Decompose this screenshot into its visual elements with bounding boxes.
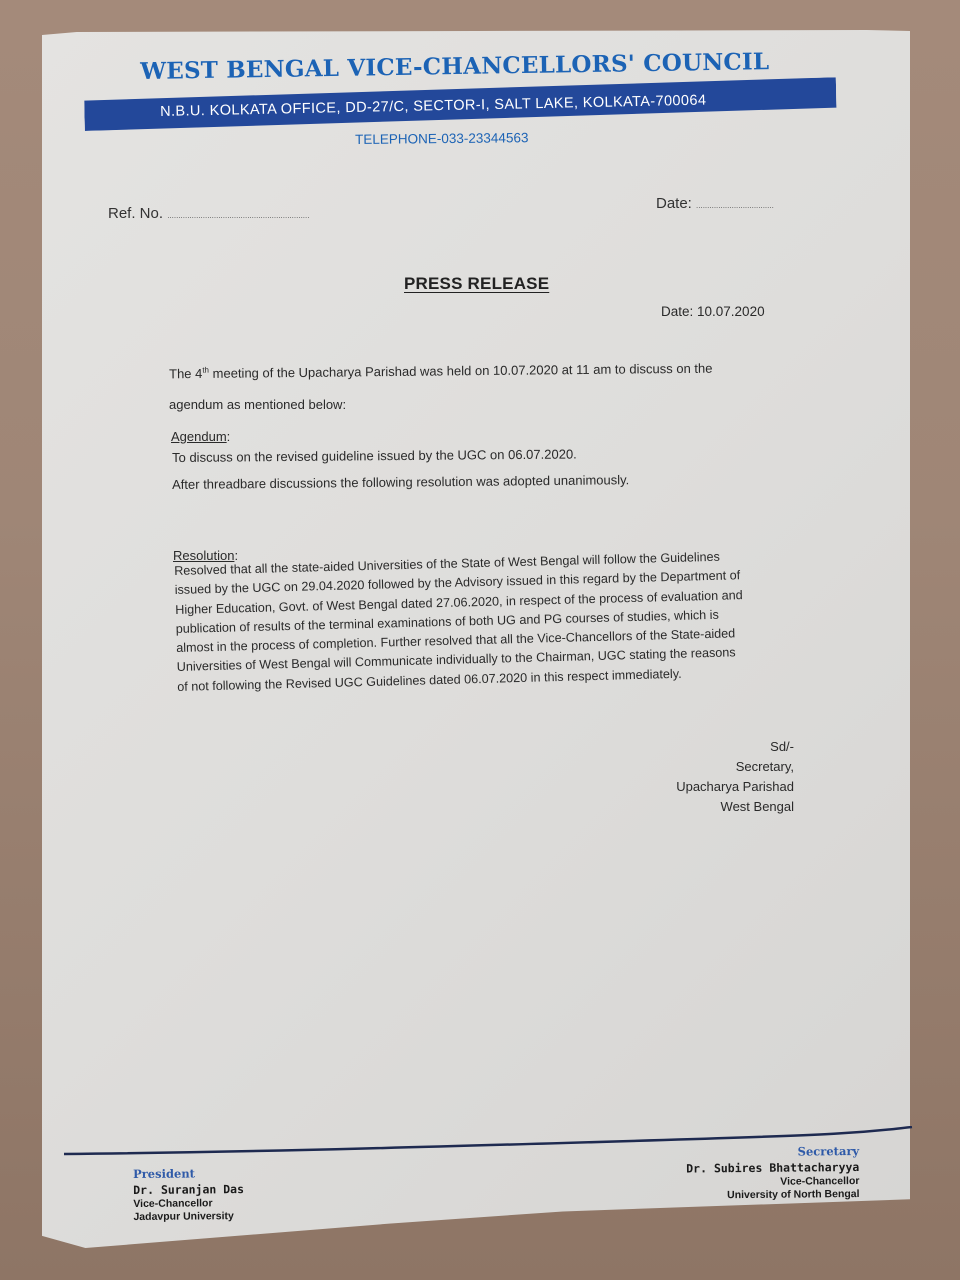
secretary-block: Secretary Dr. Subires Bhattacharyya Vice… bbox=[686, 1143, 860, 1203]
resolution-paragraph: Resolved that all the state-aided Univer… bbox=[174, 546, 797, 697]
president-name: Dr. Suranjan Das bbox=[133, 1181, 244, 1198]
secretary-university: University of North Bengal bbox=[686, 1188, 859, 1203]
ref-label: Ref. No. bbox=[108, 205, 163, 222]
agendum-heading-text: Agendum bbox=[171, 429, 227, 444]
telephone-text: TELEPHONE-033-23344563 bbox=[355, 130, 529, 147]
date-label: Date: bbox=[656, 195, 692, 212]
signature-line: West Bengal bbox=[676, 797, 794, 817]
signature-line: Secretary, bbox=[676, 757, 794, 777]
signature-line: Upacharya Parishad bbox=[676, 777, 794, 797]
intro-prefix: The 4 bbox=[169, 366, 202, 381]
secretary-role: Secretary bbox=[686, 1143, 859, 1161]
press-release-title: PRESS RELEASE bbox=[404, 274, 549, 294]
president-title: Vice-Chancellor bbox=[133, 1197, 244, 1211]
secretary-name: Dr. Subires Bhattacharyya bbox=[686, 1159, 859, 1177]
intro-line-2: agendum as mentioned below: bbox=[169, 397, 346, 412]
signature-block: Sd/- Secretary, Upacharya Parishad West … bbox=[676, 737, 794, 817]
date-dots: ................................... bbox=[696, 201, 774, 210]
ref-dots: ........................................… bbox=[167, 211, 309, 220]
letterhead-date-field: Date: ..................................… bbox=[656, 195, 774, 212]
ref-number-field: Ref. No. ...............................… bbox=[108, 205, 309, 222]
agendum-colon: : bbox=[227, 429, 231, 444]
president-block: President Dr. Suranjan Das Vice-Chancell… bbox=[133, 1165, 244, 1224]
president-role: President bbox=[133, 1165, 244, 1182]
president-university: Jadavpur University bbox=[133, 1210, 244, 1224]
agendum-heading: Agendum: bbox=[171, 429, 230, 444]
press-release-date: Date: 10.07.2020 bbox=[661, 304, 765, 319]
signature-line: Sd/- bbox=[676, 737, 794, 757]
